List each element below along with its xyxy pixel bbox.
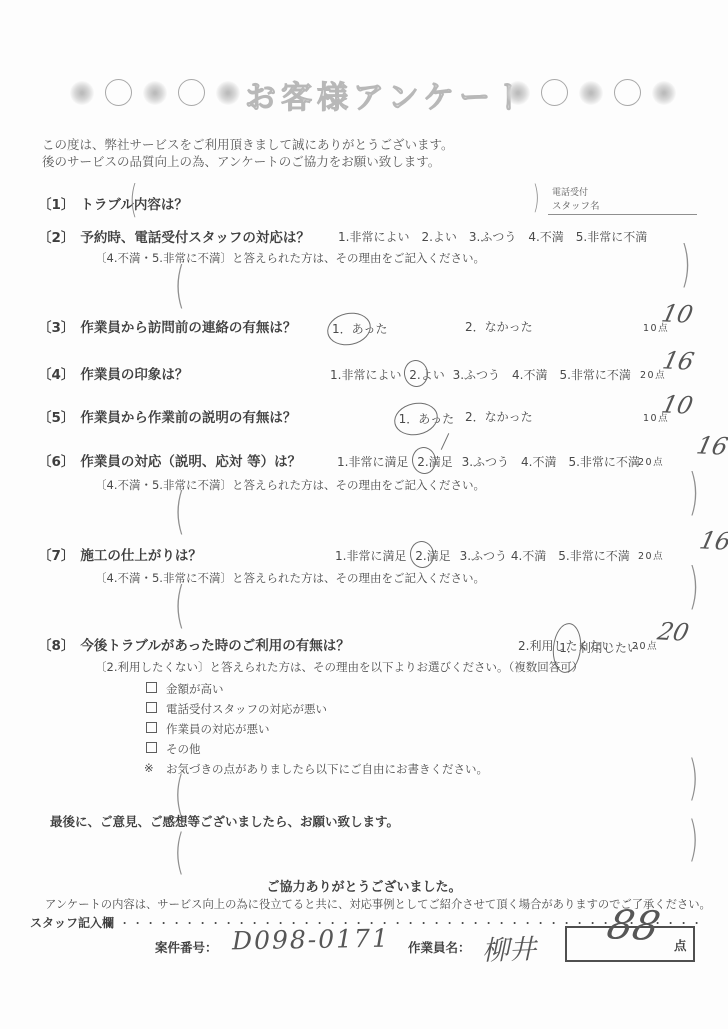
answer-bracket-close: ) [533,183,540,212]
case-number-label: 案件番号： [155,938,218,956]
free-note-marker: ※ [144,761,154,775]
answer-bracket-close: ) [680,242,691,287]
question-7-points: 20点 [638,548,664,562]
question-1: 〔1〕トラブル内容は？ [38,193,188,213]
ring-icon [541,79,568,106]
checkbox-other [146,742,157,753]
question-7-note: 〔4.不満・5.非常に不満〕と答えられた方は、その理由をご記入ください。 [95,570,485,586]
checkbox-price-high [146,682,157,693]
question-7-text: 施工の仕上がりは？ [80,548,202,564]
decorative-circles-right [506,79,676,106]
question-5-option-2: 2．なかった [465,408,533,425]
question-8-number: 〔8〕 [38,638,74,654]
final-comment-label: 最後に、ご意見、ご感想等ございましたら、お願い致します。 [50,812,399,830]
answer-bracket-open: ( [174,773,184,816]
question-2: 〔2〕予約時、電話受付スタッフの対応は？ [38,226,310,246]
dot-icon [506,81,530,105]
question-3-option-1-circled: 1．あった [332,320,388,337]
question-4-option-circled: 2.よい [409,366,444,383]
ring-icon [178,79,205,106]
checkbox-worker-bad [146,722,157,733]
question-7-options: 1.非常に満足 2.満足 3.ふつう 4.不満 5.非常に不満 [335,547,630,564]
question-6-points: 20点 [638,454,664,468]
question-6-option-post: 3.ふつう 4.不満 5.非常に不満 [462,455,640,469]
question-4-number: 〔4〕 [38,367,74,383]
answer-bracket-open: ( [174,831,184,874]
question-6-options: 1.非常に満足 2.満足 3.ふつう 4.不満 5.非常に不満 [337,453,640,470]
question-8-score-handwritten: 20 [655,617,692,647]
question-2-options: 1.非常によい 2.よい 3.ふつう 4.不満 5.非常に不満 [338,228,647,245]
question-4-option-post: 3.ふつう 4.不満 5.非常に不満 [453,368,631,382]
decorative-circles-left [70,79,240,106]
dot-icon [216,81,240,105]
answer-bracket-close: ) [688,470,699,515]
reason-other: その他 [166,741,201,757]
reason-phone-staff-bad: 電話受付スタッフの対応が悪い [166,701,327,717]
question-4-options: 1.非常によい 2.よい 3.ふつう 4.不満 5.非常に不満 [330,366,631,383]
phone-reception-label: 電話受付 [552,185,588,198]
ring-icon [614,79,641,106]
question-3: 〔3〕作業員から訪問前の連絡の有無は？ [38,316,296,336]
score-unit-label: 点 [674,936,687,954]
question-6-score-handwritten: 16 [694,431,728,461]
staff-name-label: スタッフ名 [552,198,600,212]
question-7-score-handwritten: 16 [697,526,728,556]
reason-worker-bad: 作業員の対応が悪い [166,721,270,737]
intro-line-2: 後のサービスの品質向上の為、アンケートのご協力をお願い致します。 [42,153,440,170]
answer-bracket-close: ) [688,564,699,609]
question-8-text: 今後トラブルがあった時のご利用の有無は？ [80,638,349,654]
question-2-number: 〔2〕 [38,230,74,246]
worker-name-label: 作業員名： [408,938,471,956]
worker-name-handwritten: 柳井 [481,927,536,968]
question-3-number: 〔3〕 [38,320,74,336]
question-2-text: 予約時、電話受付スタッフの対応は？ [80,230,310,246]
dot-icon [652,81,676,105]
question-4-score-handwritten: 16 [660,346,697,376]
question-5-number: 〔5〕 [38,410,74,426]
dot-icon [579,81,603,105]
question-1-number: 〔1〕 [38,197,74,213]
question-3-text: 作業員から訪問前の連絡の有無は？ [80,320,296,336]
checkbox-phone-staff-bad [146,702,157,713]
question-5-option-1-circled: 1．あった [399,410,455,427]
question-6-option-circled: 2.満足 [417,453,452,470]
question-8-option-2: 2.利用したくない [518,637,613,654]
answer-bracket-close: ) [688,818,698,861]
reason-price-high: 金額が高い [166,681,224,697]
question-8-note: 〔2.利用したくない〕と答えられた方は、その理由を以下よりお選びください。（複数… [95,659,583,675]
question-2-note: 〔4.不満・5.非常に不満〕と答えられた方は、その理由をご記入ください。 [95,250,485,266]
question-6-note: 〔4.不満・5.非常に不満〕と答えられた方は、その理由をご記入ください。 [95,477,485,493]
case-number-handwritten: D098-0171 [232,924,390,956]
dot-icon [143,81,167,105]
answer-bracket-open: ( [129,182,137,216]
question-5-score-handwritten: 10 [659,390,696,420]
answer-bracket-open: ( [174,583,185,628]
staff-entry-label: スタッフ記入欄 [30,916,114,930]
question-7-option-post: 3.ふつう 4.不満 5.非常に不満 [460,549,630,563]
question-7-number: 〔7〕 [38,548,74,564]
question-7: 〔7〕施工の仕上がりは？ [38,544,202,564]
free-note-text: お気づきの点がありましたら以下にご自由にお書きください。 [166,761,488,777]
answer-bracket-open: ( [174,489,185,534]
question-7-option-circled: 2.満足 [415,547,450,564]
question-4-option-pre: 1.非常によい [330,368,401,382]
intro-line-1: この度は、弊社サービスをご利用頂きまして誠にありがとうございます。 [42,136,454,153]
ring-icon [105,79,132,106]
question-5-text: 作業員から作業前の説明の有無は？ [80,410,296,426]
question-4: 〔4〕作業員の印象は？ [38,363,188,383]
question-6: 〔6〕作業員の対応（説明、応対 等）は？ [38,450,301,470]
answer-bracket-open: ( [174,263,185,308]
question-7-option-pre: 1.非常に満足 [335,549,406,563]
answer-bracket-close: ) [688,757,698,800]
survey-form-page: お客様アンケート この度は、弊社サービスをご利用頂きまして誠にありがとうございま… [0,0,728,1029]
thanks-message: ご協力ありがとうございました。 [0,876,728,895]
question-4-text: 作業員の印象は？ [80,367,188,383]
staff-name-underline [548,214,697,215]
question-8: 〔8〕今後トラブルがあった時のご利用の有無は？ [38,634,350,654]
question-5: 〔5〕作業員から作業前の説明の有無は？ [38,406,296,426]
question-6-text: 作業員の対応（説明、応対 等）は？ [80,454,301,470]
question-6-number: 〔6〕 [38,454,74,470]
question-6-option-pre: 1.非常に満足 [337,455,408,469]
page-title: お客様アンケート [245,72,531,117]
question-3-option-2: 2．なかった [465,318,533,335]
question-3-score-handwritten: 10 [659,299,696,329]
dot-icon [70,81,94,105]
handwritten-slash-mark [441,433,450,450]
